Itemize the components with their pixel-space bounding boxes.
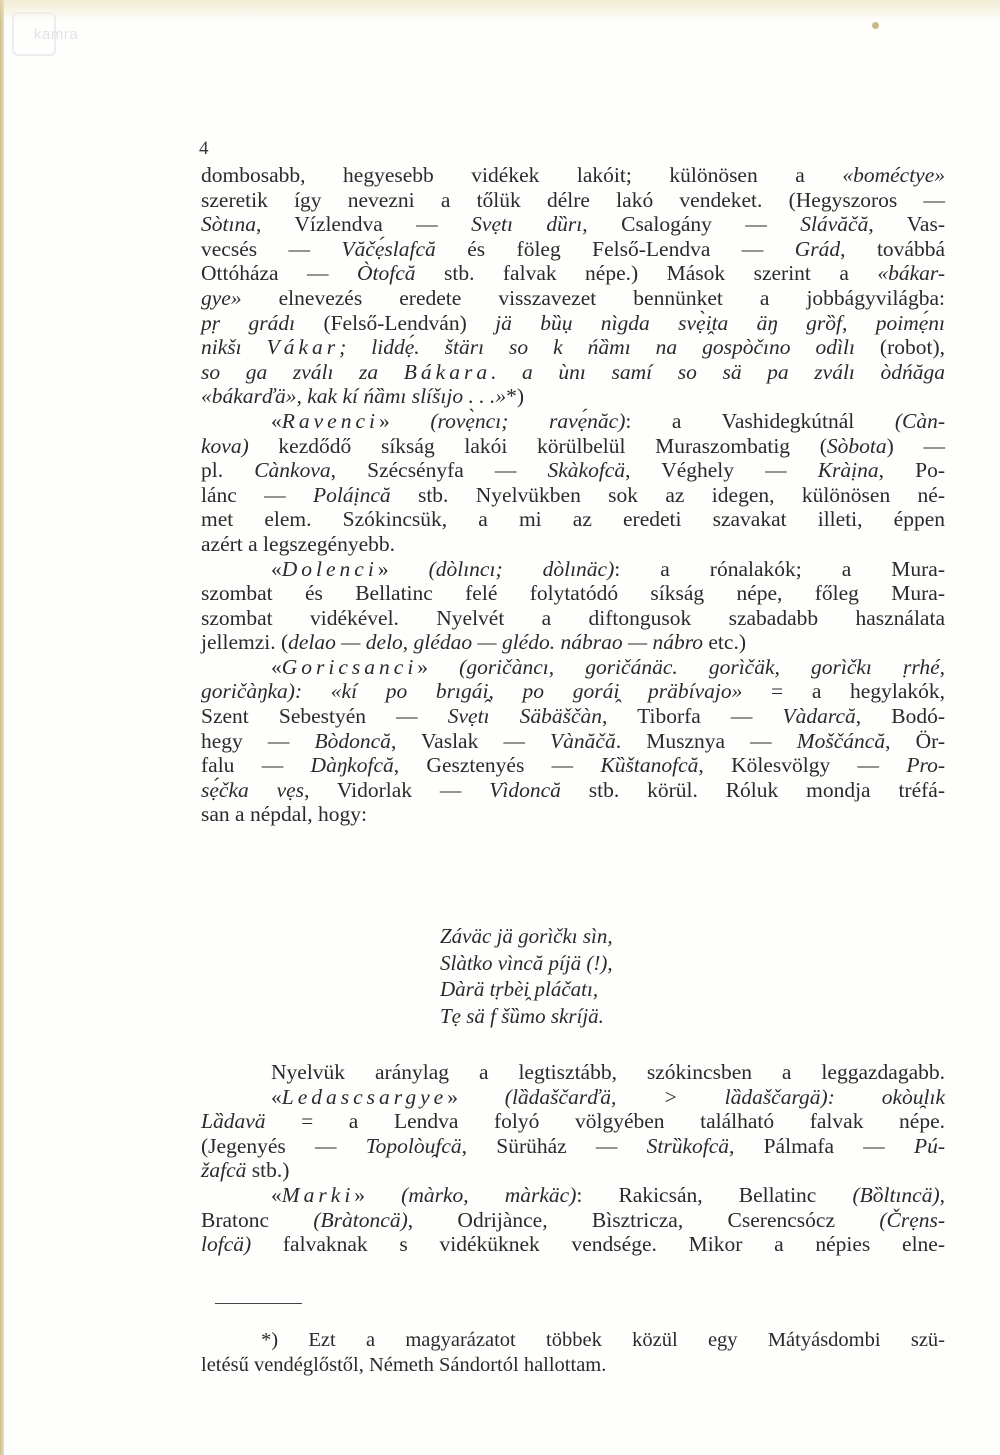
text-run: , Vízlendva — — [256, 212, 471, 236]
text-line: «Marki» (màrko, màrkäc): Rakicsán, Bella… — [201, 1183, 945, 1208]
italic-term: (Bȍltıncä), — [852, 1183, 945, 1207]
text-run: lánc — — [201, 483, 313, 507]
italic-term: . a ùnı samí so sä pa zválı òdńăga — [491, 360, 945, 384]
text-run: Bratonc — [201, 1208, 313, 1232]
italic-term: Vànăčă — [550, 729, 616, 753]
text-run: jellemzi. ( — [201, 630, 288, 654]
page-top-discoloration — [0, 0, 1000, 22]
text-run: , továbbá — [840, 237, 945, 261]
text-run: (Felső-Lendván) — [295, 311, 495, 335]
text-run: , Odrijànce, Bìsztricza, Cserencsócz — [408, 1208, 880, 1232]
text-line: Szent Sebestyén — Svẹtı Säbäščàn, Tiborf… — [201, 704, 945, 729]
text-run: etc.) — [703, 630, 746, 654]
italic-term: Vákar — [267, 335, 340, 359]
text-run: , Bodó- — [856, 704, 945, 728]
page-number: 4 — [199, 138, 209, 160]
text-run: stb. körül. Róluk mondja tréfá- — [561, 778, 945, 802]
italic-term: Dàŋkofcă — [311, 753, 394, 777]
italic-term: Sòtına — [201, 212, 256, 236]
text-run: , Pálmafa — — [729, 1134, 914, 1158]
text-run: és föleg Felső-Lendva — — [436, 237, 795, 261]
italic-term: Kȕštanofcă — [600, 753, 698, 777]
italic-term: Marki — [282, 1183, 355, 1207]
kamra-watermark-logo: kamra — [12, 12, 58, 58]
text-run: pl. — [201, 458, 254, 482]
watermark-label: kamra — [34, 26, 78, 43]
text-line: met elem. Szókincsük, a mi az eredeti sz… — [201, 507, 945, 532]
verse-line: Záväc jä gorìčkı sìn, — [440, 923, 613, 950]
text-line: hegy — Bòdoncă, Vaslak — Vànăčă. Musznya… — [201, 729, 945, 754]
text-line: sẹ́čka vẹs, Vidorlak — Vìdoncă stb. körü… — [201, 778, 945, 803]
text-line: «Ledascsargye» (lȁdaščarďä, > lȁdaščargä… — [201, 1085, 945, 1110]
italic-term: Svẹtı Säbäščàn — [448, 704, 602, 728]
text-line: szeretik így nevezni a tőlük délre lakó … — [201, 188, 945, 213]
text-run: , Szécsényfa — — [331, 458, 548, 482]
text-run: » — [378, 557, 429, 581]
verse-line: Dàrä tṛbèi̭ pláčatı, — [440, 976, 613, 1003]
text-run: elnevezés eredete visszavezet bennünket … — [242, 286, 945, 310]
italic-term: (màrko, màrkäc) — [401, 1183, 576, 1207]
text-run: , Kölesvölgy — — [698, 753, 906, 777]
text-line: žafcä stb.) — [201, 1158, 945, 1183]
text-line: «Ravenci» (rovẹ̀ncı; ravẹ́năc): a Vashid… — [201, 409, 945, 434]
folk-song-verse: Záväc jä gorìčkı sìn,Slàtko vìncă píjä (… — [440, 923, 613, 1029]
text-line: Bratonc (Bràtoncä), Odrijànce, Bìsztricz… — [201, 1208, 945, 1233]
text-run: san a népdal, hogy: — [201, 802, 367, 826]
italic-term: (rovẹ̀ncı; ravẹ́năc) — [430, 409, 625, 433]
italic-term: delao — delo, glédao — glédo. nábrao — n… — [288, 630, 703, 654]
text-line: «bákarďä», kak kí ńȁmı slíšıjo . . .»*) — [201, 384, 945, 409]
text-run: , Gesztenyés — — [394, 753, 601, 777]
text-run: stb.) — [246, 1158, 289, 1182]
text-line: dombosabb, hegyesebb vidékek lakóit; kül… — [201, 163, 945, 188]
text-run: « — [271, 557, 282, 581]
italic-term: Kràịna — [818, 458, 879, 482]
text-run: stb. Nyelvükben sok az idegen, különösen… — [391, 483, 945, 507]
text-line: (Jegenyés — Topolòu̯fcä, Sürüház — Strȕk… — [201, 1134, 945, 1159]
text-run: *) — [506, 384, 524, 408]
text-run: , Sürüház — — [462, 1134, 647, 1158]
text-run: szombat és Bellatinc felé folytatódó sík… — [201, 581, 945, 605]
text-line: falu — Dàŋkofcă, Gesztenyés — Kȕštanofcă… — [201, 753, 945, 778]
text-line: Nyelvük aránylag a legtisztább, szókincs… — [201, 1060, 945, 1085]
italic-term: (Càn- — [895, 409, 945, 433]
text-line: «Goricsanci» (goričàncı, goričánäc. gorì… — [201, 655, 945, 680]
text-run: Nyelvük aránylag a legtisztább, szókincs… — [271, 1060, 945, 1084]
body-text-part-1: dombosabb, hegyesebb vidékek lakóit; kül… — [201, 163, 945, 827]
verse-line: Slàtko vìncă píjä (!), — [440, 950, 613, 977]
text-line: lánc — Poláịncă stb. Nyelvükben sok az i… — [201, 483, 945, 508]
italic-term: (Črẹns- — [879, 1208, 945, 1232]
italic-term: jä bȕụ nìgda svẹ̀i̭ta äŋ grȍf, poimẹ́nı — [495, 311, 945, 335]
text-line: vecsés — Văčẹ́slafcă és föleg Felső-Lend… — [201, 237, 945, 262]
text-line: Lȁdavä = a Lendva folyó völgyében találh… — [201, 1109, 945, 1134]
footnote-separator — [215, 1303, 302, 1304]
text-line: gye» elnevezés eredete visszavezet bennü… — [201, 286, 945, 311]
italic-term: Strȕkofcä — [647, 1134, 729, 1158]
text-run: = a Lendva folyó völgyében található fal… — [266, 1109, 946, 1133]
text-run: falvaknak s vidéküknek vendsége. Mikor a… — [251, 1232, 945, 1256]
text-run: , Vas- — [868, 212, 945, 236]
italic-term: Skàkofcä — [548, 458, 626, 482]
italic-term: (lȁdaščarďä, > lȁdaščargä): okòu̯lık — [505, 1085, 945, 1109]
text-run: vecsés — — [201, 237, 341, 261]
text-line: «Dolenci» (dòlıncı; dòlınäc): a rónalakó… — [201, 557, 945, 582]
italic-term: Ravenci — [282, 409, 379, 433]
text-run: , Vaslak — — [391, 729, 550, 753]
italic-term: Sòbota — [827, 434, 887, 458]
text-line: szombat és Bellatinc felé folytatódó sík… — [201, 581, 945, 606]
text-line: jellemzi. (delao — delo, glédao — glédo.… — [201, 630, 945, 655]
text-run: szeretik így nevezni a tőlük délre lakó … — [201, 188, 945, 212]
text-run: : a Vashidegkútnál — [625, 409, 894, 433]
text-run: = a hegylakók, — [742, 679, 945, 703]
text-run: » — [417, 655, 459, 679]
italic-term: (goričàncı, goričánäc. gorìčäk, gorìčkı … — [459, 655, 945, 679]
italic-term: Grád — [795, 237, 840, 261]
text-run: hegy — — [201, 729, 315, 753]
text-run: stb. falvak népe.) Mások szerint a — [416, 261, 878, 285]
text-run: , Csalogány — — [582, 212, 800, 236]
text-line: nikšı Vákar; liddẹ́. štärı so k ńȁmı na … — [201, 335, 945, 360]
italic-term: Goricsanci — [282, 655, 418, 679]
text-run: met elem. Szókincsük, a mi az eredeti sz… — [201, 507, 945, 531]
italic-term: «boméctye» — [842, 163, 945, 187]
italic-term: Cànkova — [254, 458, 330, 482]
text-run: » — [354, 1183, 401, 1207]
italic-term: Bòdoncă — [315, 729, 391, 753]
text-line: pṛ grádı (Felső-Lendván) jä bȕụ nìgda sv… — [201, 311, 945, 336]
footnote: *) Ezt a magyarázatot többek közül egy M… — [201, 1327, 945, 1376]
text-run: azért a legszegényebb. — [201, 532, 395, 556]
italic-term: «bákar- — [877, 261, 945, 285]
italic-term: Lȁdavä — [201, 1109, 266, 1133]
text-run: , Véghely — — [625, 458, 818, 482]
italic-term: Slávăčă — [800, 212, 868, 236]
verse-line: Tẹ sä f šȕmo skríjä. — [440, 1003, 613, 1030]
text-line: san a népdal, hogy: — [201, 802, 945, 827]
italic-term: Svẹtı dȕrı — [471, 212, 582, 236]
italic-term: Pro- — [906, 753, 945, 777]
italic-term: Poláịncă — [313, 483, 391, 507]
text-line: Ottóháza — Òtofcă stb. falvak népe.) Más… — [201, 261, 945, 286]
text-run: , Tiborfa — — [602, 704, 783, 728]
italic-term: (dòlıncı; dòlınäc) — [429, 557, 615, 581]
text-run: « — [271, 409, 282, 433]
text-run: (Jegenyés — — [201, 1134, 366, 1158]
text-line: Sòtına, Vízlendva — Svẹtı dȕrı, Csalogán… — [201, 212, 945, 237]
text-line: goričàŋka): «kí po brıgái̭, po gorái̭ pr… — [201, 679, 945, 704]
text-run: , Po- — [879, 458, 945, 482]
italic-term: nikšı — [201, 335, 267, 359]
text-run: : Rakicsán, Bellatinc — [576, 1183, 852, 1207]
text-run: falu — — [201, 753, 311, 777]
text-run: Ottóháza — — [201, 261, 357, 285]
italic-term: Vàdarcă — [783, 704, 856, 728]
text-run: » — [447, 1085, 505, 1109]
italic-term: pṛ grádı — [201, 311, 295, 335]
paper-stain — [872, 22, 879, 29]
text-line: kova) kezdődő síkság lakói körülbelül Mu… — [201, 434, 945, 459]
italic-term: žafcä — [201, 1158, 246, 1182]
text-run: ) — — [887, 434, 945, 458]
italic-term: Moščáncă — [797, 729, 885, 753]
italic-term: gye» — [201, 286, 242, 310]
text-line: so ga zválı za Bákara. a ùnı samí so sä … — [201, 360, 945, 385]
italic-term: Văčẹ́slafcă — [341, 237, 435, 261]
italic-term: ; liddẹ́. štärı so k ńȁmı na gospòčıno o… — [339, 335, 855, 359]
text-run: , Vidorlak — — [304, 778, 489, 802]
text-line: szombat vidékével. Nyelvét a diftongusok… — [201, 606, 945, 631]
text-run: : a rónalakók; a Mura- — [614, 557, 945, 581]
text-run: « — [271, 655, 282, 679]
text-run: Szent Sebestyén — — [201, 704, 448, 728]
body-text-part-2: Nyelvük aránylag a legtisztább, szókincs… — [201, 1060, 945, 1257]
italic-term: sẹ́čka vẹs — [201, 778, 304, 802]
italic-term: Òtofcă — [357, 261, 416, 285]
text-line: azért a legszegényebb. — [201, 532, 945, 557]
italic-term: (Bràtoncä) — [313, 1208, 407, 1232]
italic-term: Pú- — [914, 1134, 945, 1158]
italic-term: Vìdoncă — [489, 778, 561, 802]
text-run: , Ör- — [885, 729, 945, 753]
italic-term: Ledascsargye — [282, 1085, 447, 1109]
text-run: szombat vidékével. Nyelvét a diftongusok… — [201, 606, 945, 630]
italic-term: Bákara — [404, 360, 491, 384]
text-run: » — [379, 409, 430, 433]
italic-term: Dolenci — [282, 557, 378, 581]
text-line: lofcä) falvaknak s vidéküknek vendsége. … — [201, 1232, 945, 1257]
text-line: pl. Cànkova, Szécsényfa — Skàkofcä, Végh… — [201, 458, 945, 483]
text-run: kezdődő síkság lakói körülbelül Muraszom… — [249, 434, 827, 458]
italic-term: goričàŋka): «kí po brıgái̭, po gorái̭ pr… — [201, 679, 742, 703]
footnote-line: *) Ezt a magyarázatot többek közül egy M… — [201, 1327, 945, 1352]
page-edge — [0, 0, 4, 1455]
footnote-line: letésű vendéglőstől, Németh Sándortól ha… — [201, 1352, 945, 1377]
italic-term: lofcä) — [201, 1232, 251, 1256]
text-run: « — [271, 1085, 282, 1109]
italic-term: kova) — [201, 434, 249, 458]
italic-term: Topolòu̯fcä — [366, 1134, 462, 1158]
italic-term: so ga zválı za — [201, 360, 404, 384]
italic-term: «bákarďä», kak kí ńȁmı slíšıjo . . .» — [201, 384, 506, 408]
text-run: . Musznya — — [616, 729, 797, 753]
text-run: (robot), — [855, 335, 945, 359]
text-run: dombosabb, hegyesebb vidékek lakóit; kül… — [201, 163, 842, 187]
text-run: « — [271, 1183, 282, 1207]
